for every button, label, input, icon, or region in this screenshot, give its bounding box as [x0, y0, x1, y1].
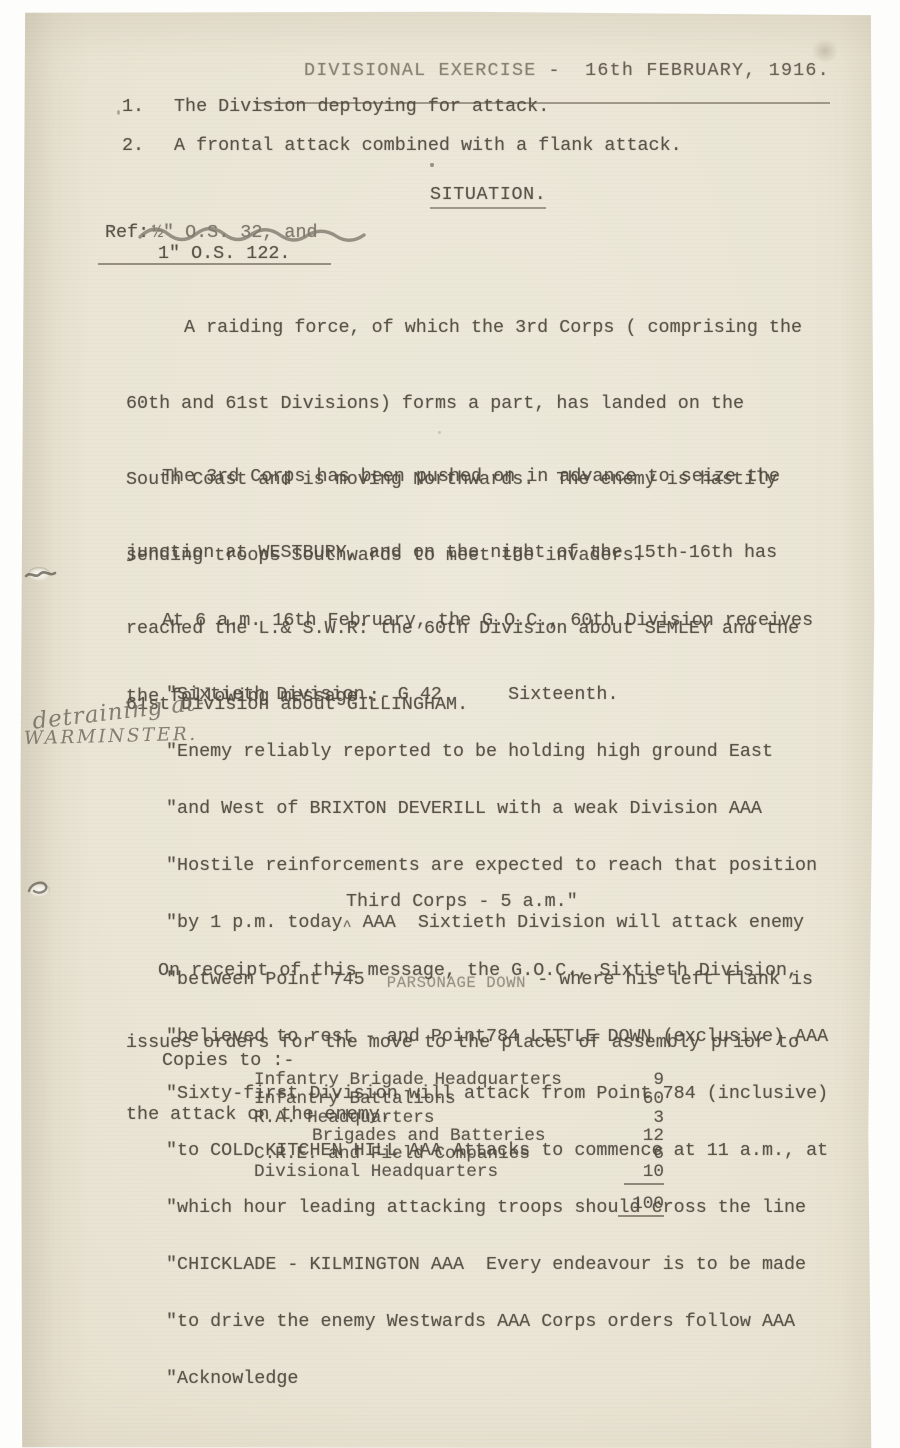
copies-count: 10 [624, 1163, 664, 1185]
copies-row: Infantry Battalions60 [254, 1090, 664, 1109]
page-title-faded-part: DIVISIONAL EXERCISE [304, 60, 537, 81]
ref-line2: 1" O.S. 122. [158, 244, 290, 263]
message-line: "to drive the enemy Westwards AAA Corps … [166, 1312, 828, 1331]
message-line: "Enemy reliably reported to be holding h… [166, 742, 828, 761]
pencil-dash-mark [24, 567, 58, 583]
copies-total-row: 100 [254, 1195, 664, 1214]
list-item-1-number: 1. [122, 97, 144, 116]
ink-speck [430, 163, 434, 167]
scanned-document-page: { "colors": { "paper": "#eae5d5", "ink":… [0, 0, 900, 1448]
copies-recipient: Infantry Brigade Headquarters [254, 1071, 562, 1090]
pencil-curl-mark [26, 879, 54, 899]
copies-label: Copies to :- [162, 1051, 294, 1070]
page-title: DIVISIONAL EXERCISE- 16th FEBRUARY, 1916… [255, 42, 830, 104]
copies-count: 9 [653, 1071, 664, 1090]
page-title-date-part: - 16th FEBRUARY, 1916. [548, 60, 829, 81]
list-item-1-text: The Division deploying for attack. [174, 97, 549, 116]
copies-recipient: Divisional Headquarters [254, 1163, 498, 1182]
copies-recipient: Infantry Battalions [254, 1090, 456, 1109]
copies-row: Infantry Brigade Headquarters9 [254, 1071, 664, 1090]
message-line: "CHICKLADE - KILMINGTON AAA Every endeav… [166, 1255, 828, 1274]
message-signoff: Third Corps - 5 a.m." [346, 892, 578, 911]
section-heading: SITUATION. [430, 185, 546, 209]
ink-speck [438, 431, 441, 434]
message-line: "Hostile reinforcements are expected to … [166, 856, 828, 875]
faint-stamp-mark [812, 39, 838, 63]
ink-speck [117, 110, 120, 115]
paper-sheet: DIVISIONAL EXERCISE- 16th FEBRUARY, 1916… [20, 11, 876, 1448]
ref-underline-rule [98, 263, 331, 265]
copies-row: Divisional Headquarters10 [254, 1163, 664, 1182]
ink-speck [110, 225, 113, 228]
copies-count: 60 [643, 1090, 664, 1109]
list-item-2-number: 2. [122, 136, 144, 155]
message-line: "Acknowledge [166, 1369, 828, 1388]
message-line: "and West of BRIXTON DEVERILL with a wea… [166, 799, 828, 818]
message-line: "Sixtieth Division. G 42 Sixteenth. [166, 685, 828, 704]
copies-total: 100 [618, 1195, 664, 1217]
list-item-2-text: A frontal attack combined with a flank a… [174, 136, 682, 155]
